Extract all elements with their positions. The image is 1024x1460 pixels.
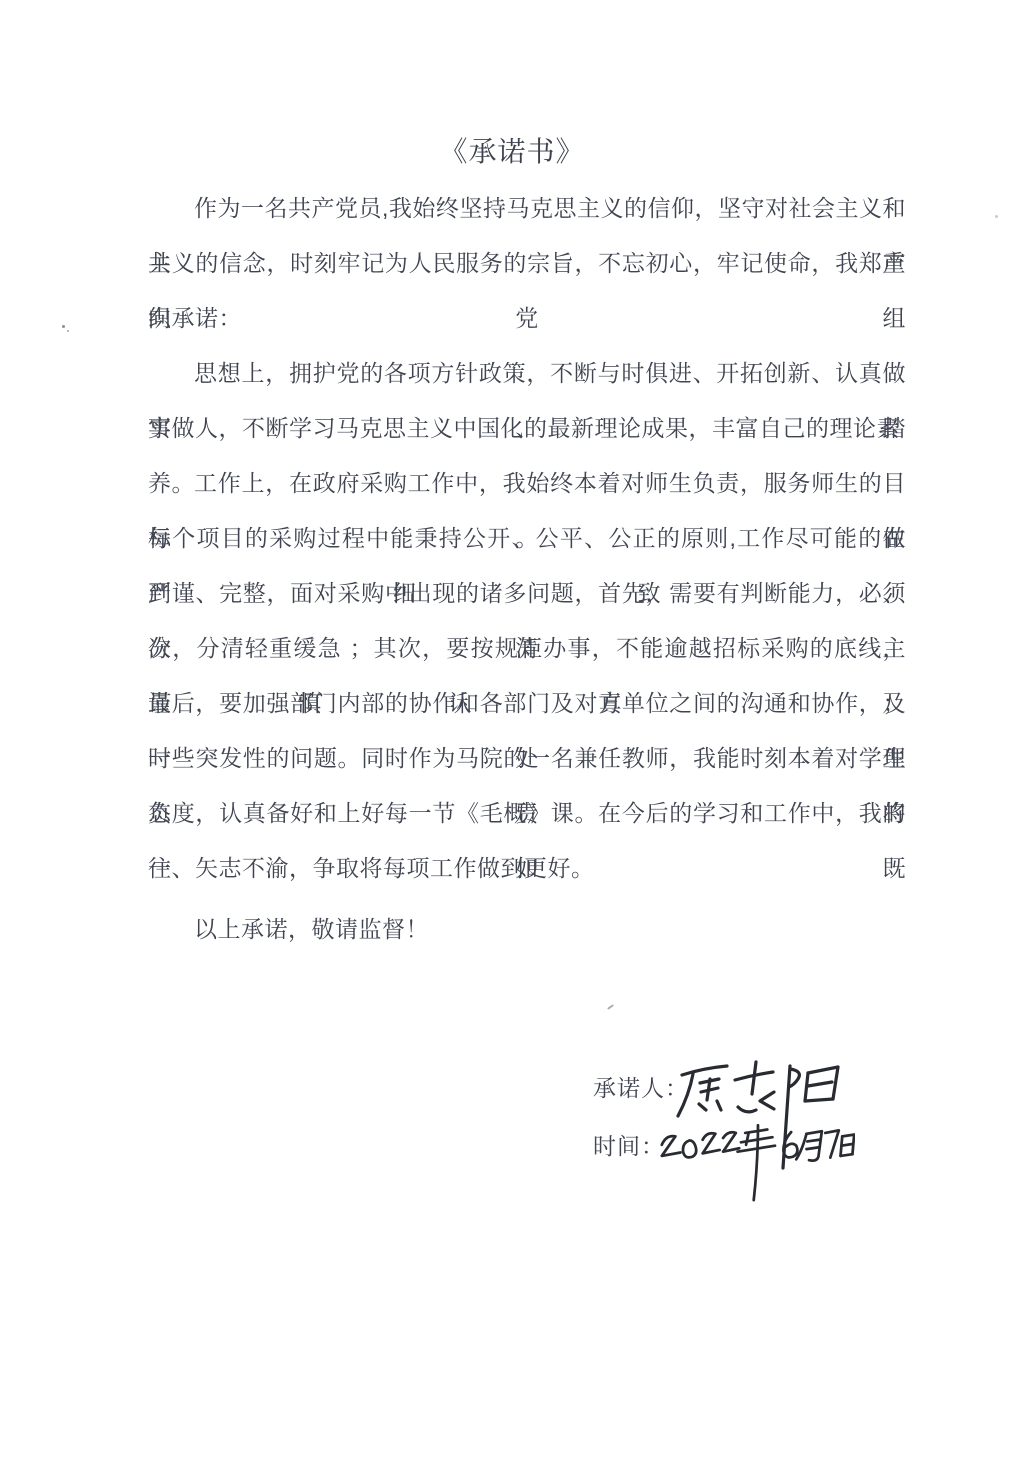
body-line: 主义的信念，时刻牢记为人民服务的宗旨，不忘初心，牢记使命，我郑重向党组 bbox=[148, 236, 906, 291]
scan-speck bbox=[62, 325, 65, 328]
document-title: 《承诺书》 bbox=[0, 130, 1024, 170]
body-line: 次，分清轻重缓急 ；其次，要按规矩办事，不能逾越招标采购的底线，谨慎认真 ； bbox=[148, 621, 906, 676]
scan-speck bbox=[607, 1004, 614, 1010]
body-line: 每个项目的采购过程中能秉持公开、公平、公正的原则,工作尽可能的做到细致、 bbox=[148, 511, 906, 566]
scanned-document-page: 《承诺书》 作为一名共产党员,我始终坚持马克思主义的信仰，坚守对社会主义和共产主… bbox=[0, 0, 1024, 1460]
date-handwriting bbox=[655, 1114, 855, 1214]
scan-speck bbox=[995, 215, 998, 218]
body-line: 工作上，在政府采购工作中，我始终本着对师生负责，服务师生的目标。在 bbox=[148, 456, 906, 511]
body-line: 实做人，不断学习马克思主义中国化的最新理论成果，丰富自己的理论素养。 bbox=[148, 401, 906, 456]
body-line: 严谨、完整，面对采购中出现的诸多问题，首先，需要有判断能力，必须分清主 bbox=[148, 566, 906, 621]
scan-speck bbox=[67, 330, 69, 332]
body-line: 态度，认真备好和上好每一节《毛概》课。在今后的学习和工作中，我将一如既 bbox=[148, 786, 906, 841]
body-line: 一些突发性的问题。同时作为马院的一名兼任教师，我能时刻本着对学生负责的 bbox=[148, 731, 906, 786]
body-line: 思想上，拥护党的各项方针政策，不断与时俱进、开拓创新、认真做事、踏 bbox=[148, 346, 906, 401]
body-line: 以上承诺，敬请监督！ bbox=[148, 902, 906, 957]
document-body: 作为一名共产党员,我始终坚持马克思主义的信仰，坚守对社会主义和共产主义的信念，时… bbox=[148, 181, 906, 957]
body-line: 最后，要加强部门内部的协作和各部门及对方单位之间的沟通和协作，及时处理 bbox=[148, 676, 906, 731]
body-line: 作为一名共产党员,我始终坚持马克思主义的信仰，坚守对社会主义和共产 bbox=[148, 181, 906, 236]
